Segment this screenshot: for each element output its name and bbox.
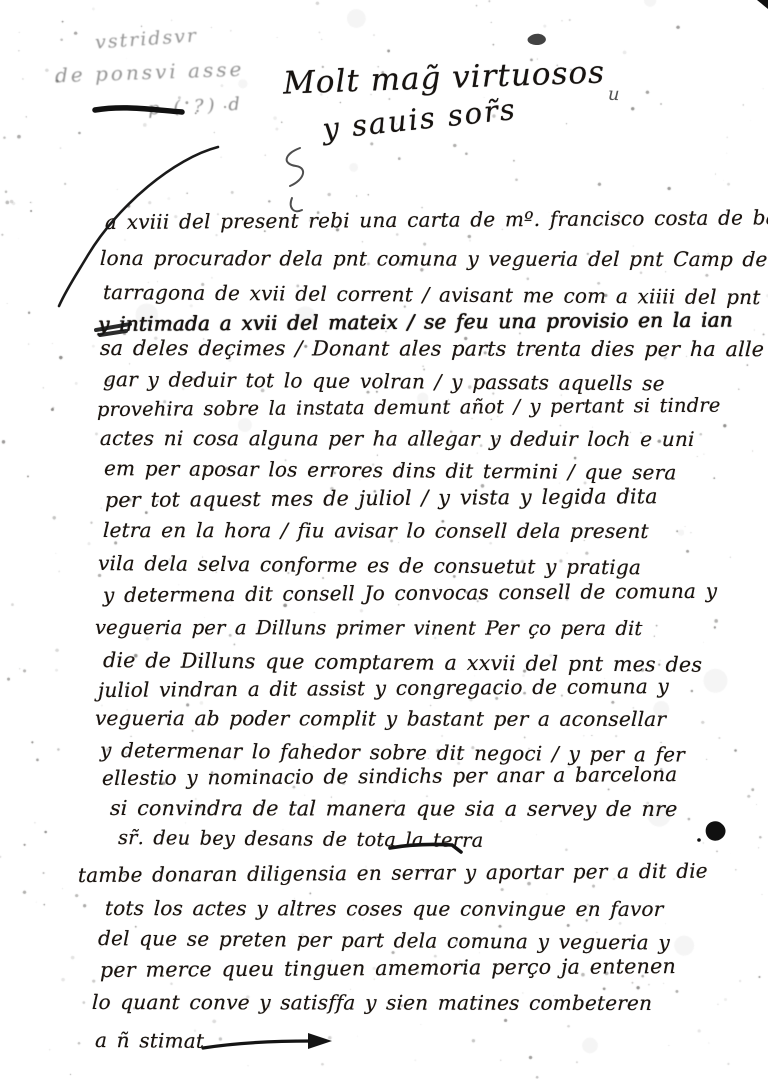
- body-line: vegueria ab poder complit y bastant per …: [95, 708, 667, 729]
- faded-annotation-line1: vstridsvr: [94, 24, 198, 53]
- salutation-line-1: Molt mag̃ virtuosos: [282, 54, 605, 101]
- body-line: a ñ stimat: [95, 1030, 204, 1051]
- stray-u-mark: u: [608, 84, 620, 105]
- body-line: y determenar lo fahedor sobre dit negoci…: [100, 740, 685, 765]
- body-line: sa deles deçimes / Donant ales parts tre…: [100, 338, 765, 360]
- body-line: lo quant conve y satisffa y sien matines…: [92, 992, 653, 1013]
- closing-arrow-head: [308, 1033, 332, 1049]
- body-line: letra en la hora / fiu avisar lo consell…: [103, 520, 650, 541]
- squiggle-mark: [287, 148, 303, 211]
- body-line: tots los actes y altres coses que convin…: [105, 898, 664, 919]
- body-line: provehira sobre la instata demunt añot /…: [97, 396, 721, 420]
- body-line: gar y deduir tot lo que volran / y passa…: [103, 369, 665, 393]
- body-line: y intimada a xvii del mateix / se feu un…: [98, 310, 733, 334]
- body-line: tarragona de xvii del corrent / avisant …: [103, 282, 761, 307]
- body-line: a xviii del present rebi una carta de mº…: [105, 207, 768, 232]
- body-line: y determena dit consell Jo convocas cons…: [103, 581, 717, 605]
- body-line: tambe donaran diligensia en serrar y apo…: [78, 861, 708, 885]
- ink-blob: [706, 821, 726, 840]
- salutation-line-2: y sauis sor̃s: [321, 92, 518, 146]
- top-smudge: [528, 34, 546, 45]
- body-line: em per aposar los errores dins dit termi…: [104, 458, 677, 482]
- body-line: ellestio y nominacio de sindichs per ana…: [102, 764, 678, 788]
- body-line: per tot aquest mes de juliol / y vista y…: [105, 486, 658, 510]
- body-line: si convindra de tal manera que sia a ser…: [110, 798, 678, 820]
- body-line: vegueria per a Dilluns primer vinent Per…: [95, 618, 643, 638]
- manuscript-scan-page: vstridsvr de ponsvi asse p ( ?) d u Molt…: [0, 0, 768, 1079]
- body-line: die de Dilluns que comptarem a xxvii del…: [103, 650, 702, 675]
- body-line: del que se preten per part dela comuna y…: [98, 928, 670, 952]
- ink-speck: [697, 838, 701, 842]
- faded-annotation-line3: p ( ?) d: [148, 94, 245, 120]
- faded-annotation-line2: de ponsvi asse: [55, 57, 245, 88]
- body-line: per merce queu tinguen amemoria perço ja…: [100, 956, 676, 981]
- corner-tick: [757, 0, 768, 9]
- closing-arrow-stroke: [203, 1041, 312, 1048]
- body-line: lona procurador dela pnt comuna y veguer…: [100, 248, 768, 269]
- body-line: juliol vindran a dit assist y congregaci…: [98, 676, 669, 700]
- body-line: sr̃. deu bey desans de tota la terra: [118, 828, 484, 850]
- body-line: vila dela selva conforme es de consuetut…: [98, 553, 641, 577]
- body-line: actes ni cosa alguna per ha allegar y de…: [100, 428, 695, 449]
